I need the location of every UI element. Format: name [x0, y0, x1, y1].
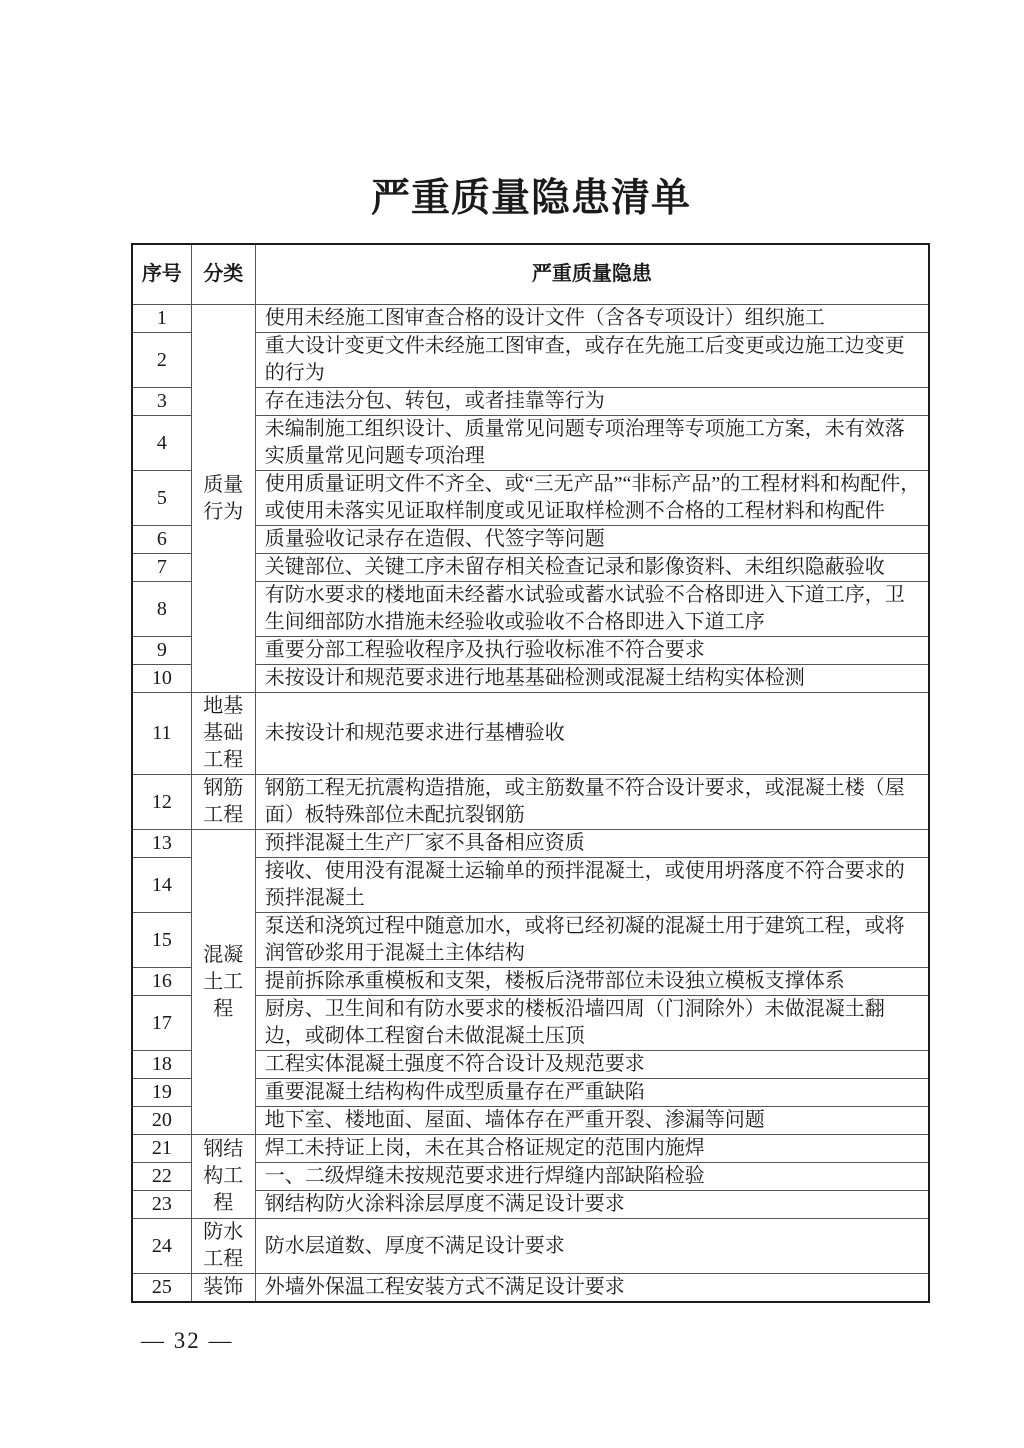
row-number: 24: [132, 1219, 191, 1274]
hazard-text: 地下室、楼地面、屋面、墙体存在严重开裂、渗漏等问题: [255, 1107, 929, 1135]
category-cell: 钢结 构工 程: [191, 1135, 255, 1219]
header-no: 序号: [132, 244, 191, 305]
hazard-text: 未按设计和规范要求进行地基基础检测或混凝土结构实体检测: [255, 665, 929, 693]
table-row: 25装饰外墙外保温工程安装方式不满足设计要求: [132, 1274, 929, 1303]
hazard-text: 接收、使用没有混凝土运输单的预拌混凝土，或使用坍落度不符合要求的预拌混凝土: [255, 858, 929, 913]
hazard-text: 重大设计变更文件未经施工图审查，或存在先施工后变更或边施工边变更的行为: [255, 333, 929, 388]
hazard-text: 钢筋工程无抗震构造措施，或主筋数量不符合设计要求，或混凝土楼（屋面）板特殊部位未…: [255, 775, 929, 830]
table-row: 24防水 工程防水层道数、厚度不满足设计要求: [132, 1219, 929, 1274]
hazard-text: 质量验收记录存在造假、代签字等问题: [255, 526, 929, 554]
table-row: 13混凝 土工 程预拌混凝土生产厂家不具备相应资质: [132, 830, 929, 858]
hazard-text: 使用未经施工图审查合格的设计文件（含各专项设计）组织施工: [255, 305, 929, 333]
hazard-text: 厨房、卫生间和有防水要求的楼板沿墙四周（门洞除外）未做混凝土翻边，或砌体工程窗台…: [255, 996, 929, 1051]
category-cell: 钢筋 工程: [191, 775, 255, 830]
hazard-text: 存在违法分包、转包，或者挂靠等行为: [255, 388, 929, 416]
hazard-text: 焊工未持证上岗，未在其合格证规定的范围内施焊: [255, 1135, 929, 1163]
hazard-text: 未编制施工组织设计、质量常见问题专项治理等专项施工方案，未有效落实质量常见问题专…: [255, 416, 929, 471]
row-number: 5: [132, 471, 191, 526]
row-number: 7: [132, 554, 191, 582]
hazard-text: 重要混凝土结构构件成型质量存在严重缺陷: [255, 1079, 929, 1107]
hazard-text: 外墙外保温工程安装方式不满足设计要求: [255, 1274, 929, 1303]
page-number: — 32 —: [141, 1326, 234, 1356]
hazard-text: 一、二级焊缝未按规范要求进行焊缝内部缺陷检验: [255, 1163, 929, 1191]
document-page: 严重质量隐患清单 序号 分类 严重质量隐患 1质量 行为使用未经施工图审查合格的…: [0, 0, 1024, 1448]
row-number: 21: [132, 1135, 191, 1163]
table-row: 12钢筋 工程钢筋工程无抗震构造措施，或主筋数量不符合设计要求，或混凝土楼（屋面…: [132, 775, 929, 830]
row-number: 2: [132, 333, 191, 388]
table-row: 21钢结 构工 程焊工未持证上岗，未在其合格证规定的范围内施焊: [132, 1135, 929, 1163]
row-number: 4: [132, 416, 191, 471]
row-number: 8: [132, 582, 191, 637]
row-number: 23: [132, 1191, 191, 1219]
hazard-table-body: 1质量 行为使用未经施工图审查合格的设计文件（含各专项设计）组织施工2重大设计变…: [132, 305, 929, 1303]
row-number: 3: [132, 388, 191, 416]
row-number: 22: [132, 1163, 191, 1191]
row-number: 18: [132, 1051, 191, 1079]
hazard-text: 提前拆除承重模板和支架，楼板后浇带部位未设独立模板支撑体系: [255, 968, 929, 996]
header-category: 分类: [191, 244, 255, 305]
page-title: 严重质量隐患清单: [131, 176, 931, 222]
table-row: 11地基 基础 工程未按设计和规范要求进行基槽验收: [132, 693, 929, 775]
hazard-text: 工程实体混凝土强度不符合设计及规范要求: [255, 1051, 929, 1079]
row-number: 20: [132, 1107, 191, 1135]
category-cell: 防水 工程: [191, 1219, 255, 1274]
row-number: 19: [132, 1079, 191, 1107]
row-number: 10: [132, 665, 191, 693]
hazard-text: 使用质量证明文件不齐全、或“三无产品”“非标产品”的工程材料和构配件，或使用未落…: [255, 471, 929, 526]
table-header-row: 序号 分类 严重质量隐患: [132, 244, 929, 305]
row-number: 16: [132, 968, 191, 996]
table-row: 1质量 行为使用未经施工图审查合格的设计文件（含各专项设计）组织施工: [132, 305, 929, 333]
header-hazard: 严重质量隐患: [255, 244, 929, 305]
category-cell: 地基 基础 工程: [191, 693, 255, 775]
hazard-text: 防水层道数、厚度不满足设计要求: [255, 1219, 929, 1274]
hazard-text: 未按设计和规范要求进行基槽验收: [255, 693, 929, 775]
row-number: 17: [132, 996, 191, 1051]
hazard-text: 有防水要求的楼地面未经蓄水试验或蓄水试验不合格即进入下道工序，卫生间细部防水措施…: [255, 582, 929, 637]
row-number: 12: [132, 775, 191, 830]
row-number: 14: [132, 858, 191, 913]
hazard-text: 泵送和浇筑过程中随意加水，或将已经初凝的混凝土用于建筑工程，或将润管砂浆用于混凝…: [255, 913, 929, 968]
row-number: 11: [132, 693, 191, 775]
row-number: 15: [132, 913, 191, 968]
row-number: 6: [132, 526, 191, 554]
category-cell: 混凝 土工 程: [191, 830, 255, 1135]
hazard-table: 序号 分类 严重质量隐患 1质量 行为使用未经施工图审查合格的设计文件（含各专项…: [131, 243, 930, 1303]
hazard-text: 预拌混凝土生产厂家不具备相应资质: [255, 830, 929, 858]
row-number: 25: [132, 1274, 191, 1303]
category-cell: 质量 行为: [191, 305, 255, 693]
category-cell: 装饰: [191, 1274, 255, 1303]
row-number: 9: [132, 637, 191, 665]
row-number: 13: [132, 830, 191, 858]
hazard-text: 重要分部工程验收程序及执行验收标准不符合要求: [255, 637, 929, 665]
hazard-text: 关键部位、关键工序未留存相关检查记录和影像资料、未组织隐蔽验收: [255, 554, 929, 582]
row-number: 1: [132, 305, 191, 333]
hazard-text: 钢结构防火涂料涂层厚度不满足设计要求: [255, 1191, 929, 1219]
